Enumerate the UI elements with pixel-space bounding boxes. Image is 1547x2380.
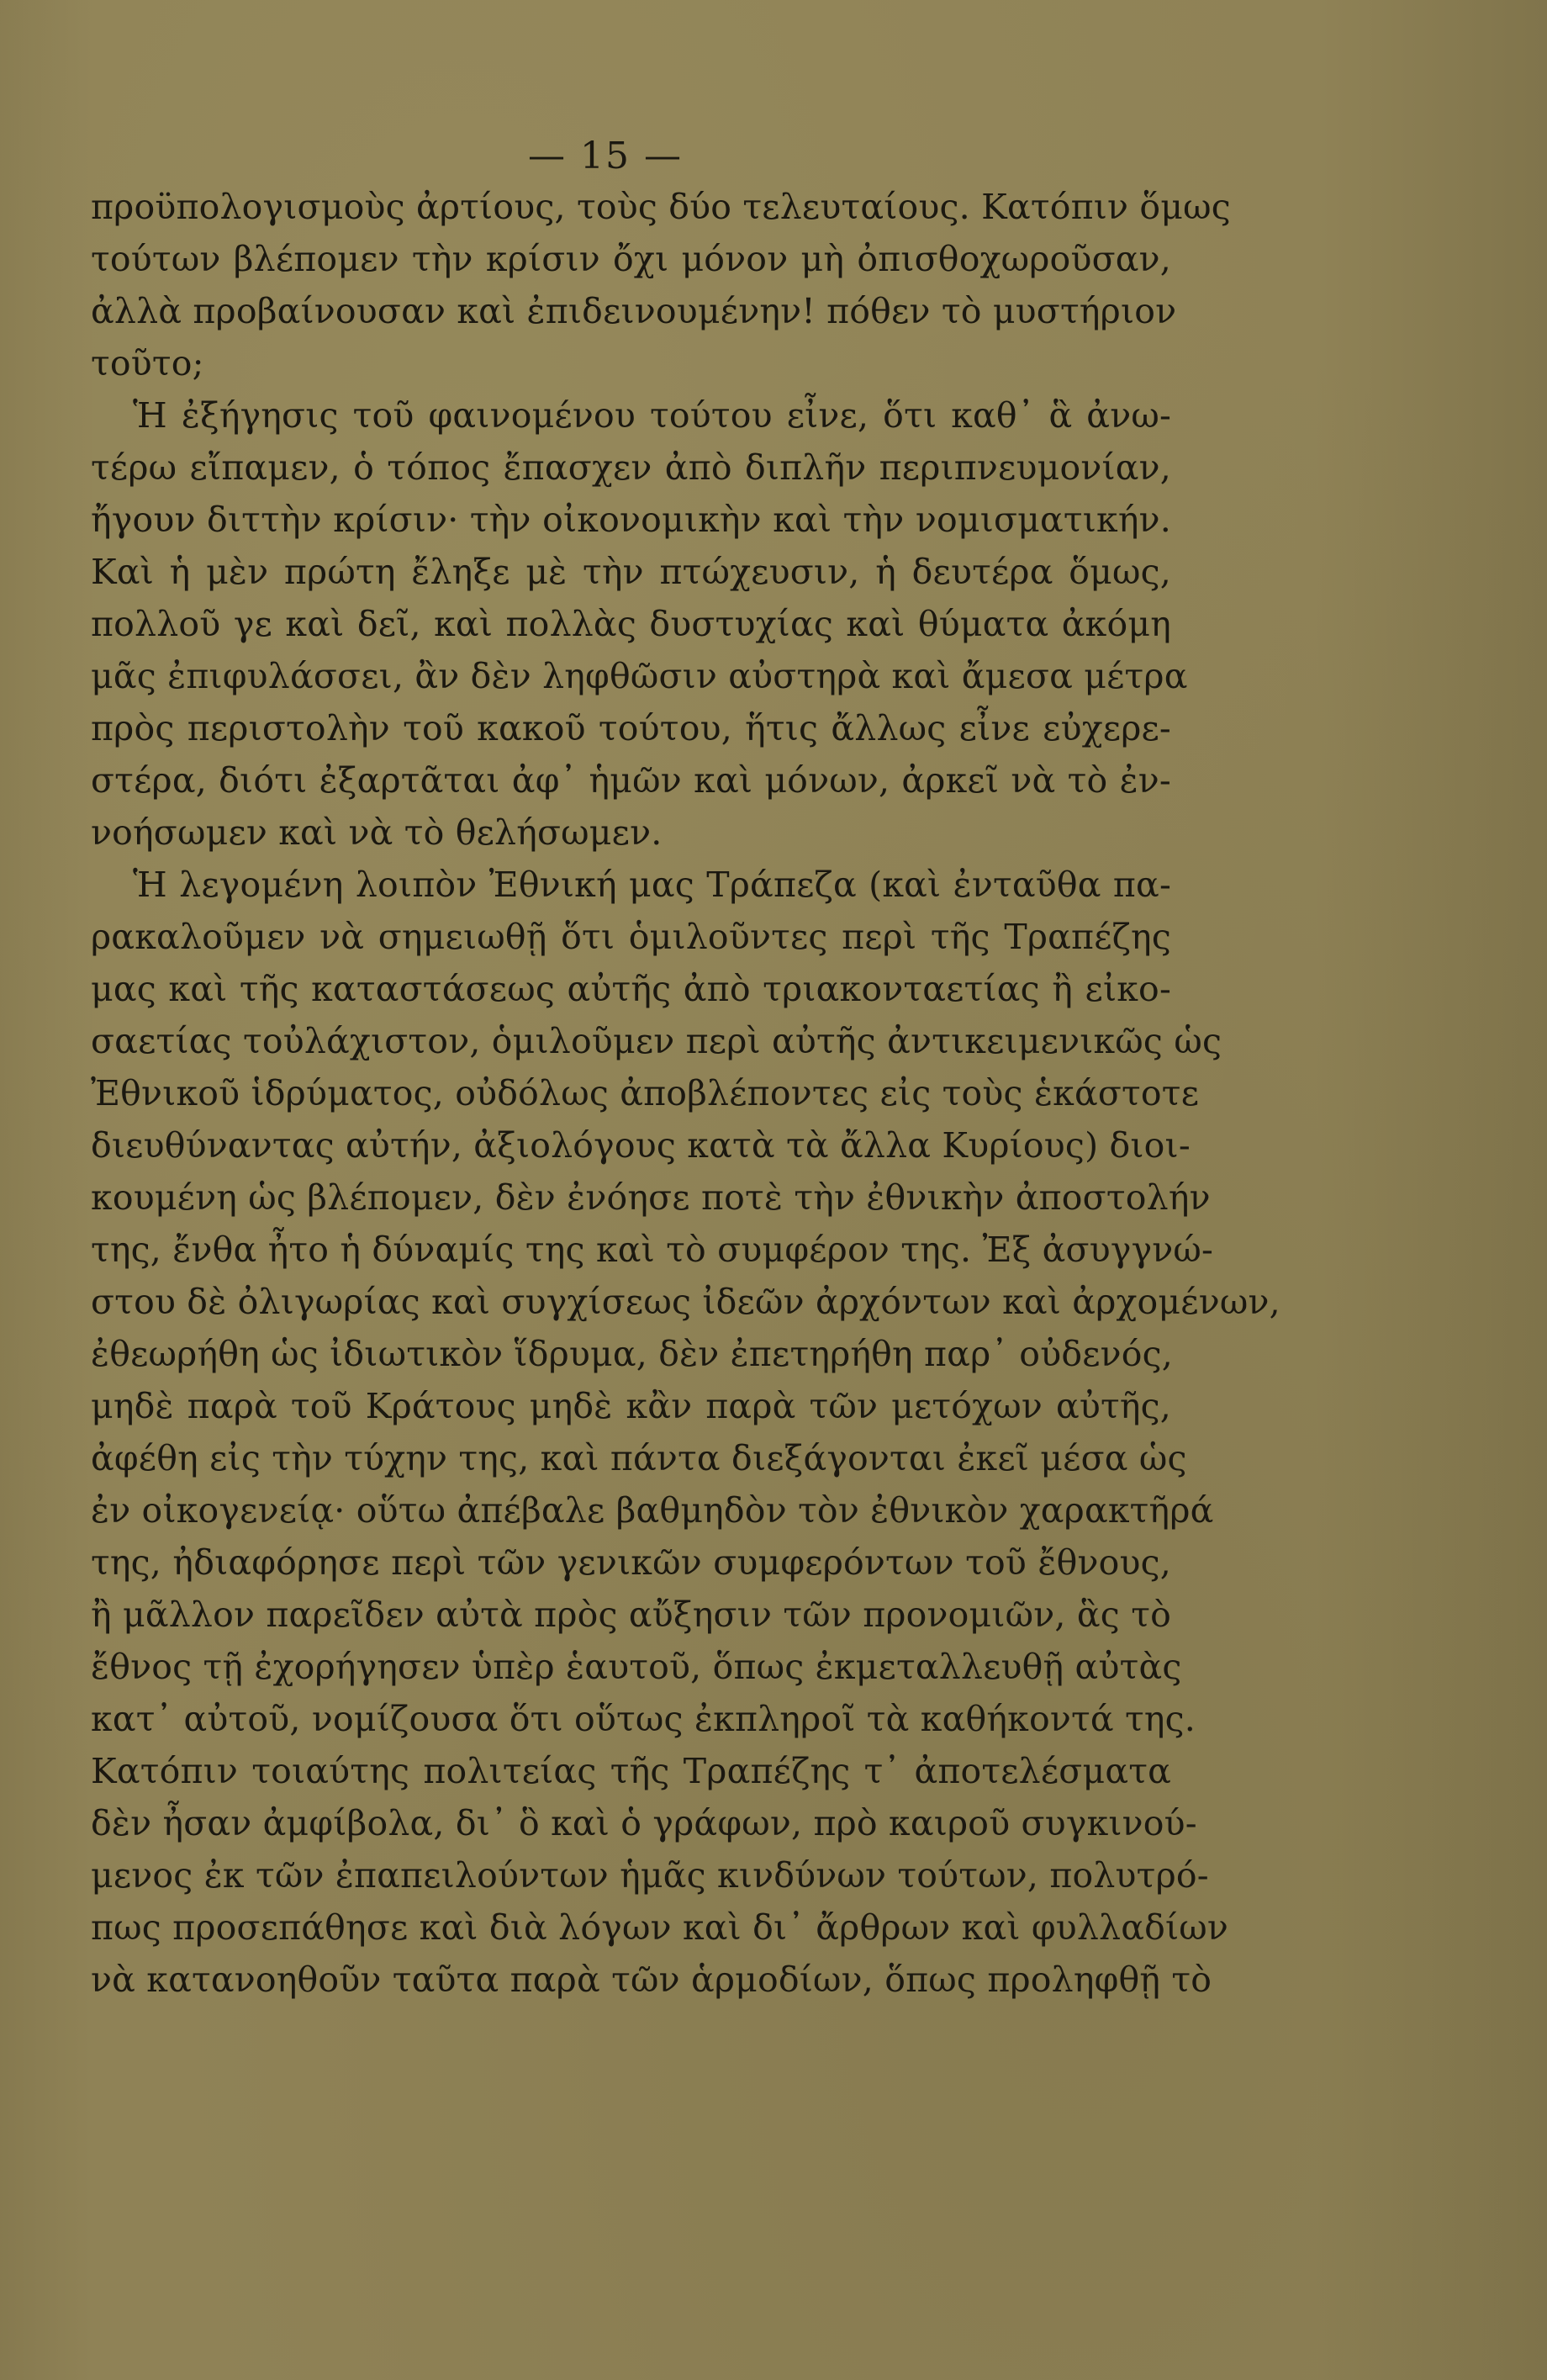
text-line: ἔθνος τῇ ἐχορήγησεν ὑπὲρ ἑαυτοῦ, ὅπως ἐκ… xyxy=(91,1641,1171,1693)
text-line: διευθύναντας αὐτήν, ἀξιολόγους κατὰ τὰ ἄ… xyxy=(91,1119,1171,1171)
text-line: μενος ἐκ τῶν ἐπαπειλούντων ἡμᾶς κινδύνων… xyxy=(91,1849,1171,1901)
scanned-book-page: — 15 — προϋπολογισμοὺς ἀρτίους, τοὺς δύο… xyxy=(0,0,1547,2380)
text-line: πολλοῦ γε καὶ δεῖ, καὶ πολλὰς δυστυχίας … xyxy=(91,598,1171,650)
text-line: κατ᾽ αὐτοῦ, νομίζουσα ὅτι οὕτως ἐκπληροῖ… xyxy=(91,1693,1171,1745)
text-line: Καὶ ἡ μὲν πρώτη ἔληξε μὲ τὴν πτώχευσιν, … xyxy=(91,546,1171,598)
text-line: προϋπολογισμοὺς ἀρτίους, τοὺς δύο τελευτ… xyxy=(91,181,1171,233)
text-line: τούτων βλέπομεν τὴν κρίσιν ὄχι μόνον μὴ … xyxy=(91,233,1171,285)
text-line: της, ἔνθα ἦτο ἡ δύναμίς της καὶ τὸ συμφέ… xyxy=(91,1224,1171,1276)
text-line: πρὸς περιστολὴν τοῦ κακοῦ τούτου, ἥτις ἄ… xyxy=(91,702,1171,754)
text-line: τοῦτο; xyxy=(91,337,1171,389)
text-line: τέρω εἴπαμεν, ὁ τόπος ἔπασχεν ἀπὸ διπλῆν… xyxy=(91,442,1171,494)
text-line: ρακαλοῦμεν νὰ σημειωθῇ ὅτι ὁμιλοῦντες πε… xyxy=(91,911,1171,963)
text-line: στέρα, διότι ἐξαρτᾶται ἀφ᾽ ἡμῶν καὶ μόνω… xyxy=(91,754,1171,807)
text-line: μας καὶ τῆς καταστάσεως αὐτῆς ἀπὸ τριακο… xyxy=(91,963,1171,1015)
text-line: Κατόπιν τοιαύτης πολιτείας τῆς Τραπέζης … xyxy=(91,1745,1171,1797)
text-line: Ἡ λεγομένη λοιπὸν Ἐθνική μας Τράπεζα (κα… xyxy=(91,859,1171,911)
page-number: — 15 — xyxy=(0,135,1211,177)
body-text: προϋπολογισμοὺς ἀρτίους, τοὺς δύο τελευτ… xyxy=(91,181,1171,2006)
text-line: μᾶς ἐπιφυλάσσει, ἂν δὲν ληφθῶσιν αὐστηρὰ… xyxy=(91,650,1171,702)
text-line: της, ἠδιαφόρησε περὶ τῶν γενικῶν συμφερό… xyxy=(91,1536,1171,1589)
text-line: νοήσωμεν καὶ νὰ τὸ θελήσωμεν. xyxy=(91,807,1171,859)
text-line: σαετίας τοὐλάχιστον, ὁμιλοῦμεν περὶ αὐτῆ… xyxy=(91,1015,1171,1067)
text-line: ἀλλὰ προβαίνουσαν καὶ ἐπιδεινουμένην! πό… xyxy=(91,285,1171,337)
text-line: ἐν οἰκογενείᾳ· οὕτω ἀπέβαλε βαθμηδὸν τὸν… xyxy=(91,1484,1171,1536)
text-line: ἤγουν διττὴν κρίσιν· τὴν οἰκονομικὴν καὶ… xyxy=(91,494,1171,546)
text-line: πως προσεπάθησε καὶ διὰ λόγων καὶ δι᾽ ἄρ… xyxy=(91,1901,1171,1954)
text-line: ἐθεωρήθη ὡς ἰδιωτικὸν ἵδρυμα, δὲν ἐπετηρ… xyxy=(91,1328,1171,1380)
text-line: μηδὲ παρὰ τοῦ Κράτους μηδὲ κἂν παρὰ τῶν … xyxy=(91,1380,1171,1432)
text-line: δὲν ἦσαν ἀμφίβολα, δι᾽ ὃ καὶ ὁ γράφων, π… xyxy=(91,1797,1171,1849)
text-line: ἢ μᾶλλον παρεῖδεν αὐτὰ πρὸς αὔξησιν τῶν … xyxy=(91,1589,1171,1641)
text-line: στου δὲ ὀλιγωρίας καὶ συγχίσεως ἰδεῶν ἀρ… xyxy=(91,1276,1171,1328)
text-line: κουμένη ὡς βλέπομεν, δὲν ἐνόησε ποτὲ τὴν… xyxy=(91,1171,1171,1224)
text-line: ἀφέθη εἰς τὴν τύχην της, καὶ πάντα διεξά… xyxy=(91,1432,1171,1484)
text-line: Ἡ ἐξήγησις τοῦ φαινομένου τούτου εἶνε, ὅ… xyxy=(91,389,1171,442)
text-line: Ἐθνικοῦ ἱδρύματος, οὐδόλως ἀποβλέποντες … xyxy=(91,1067,1171,1119)
text-line: νὰ κατανοηθοῦν ταῦτα παρὰ τῶν ἁρμοδίων, … xyxy=(91,1954,1171,2006)
